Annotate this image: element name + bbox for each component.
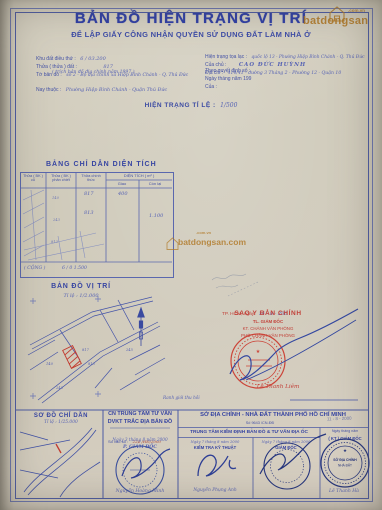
col-header-con-lai: Còn lại: [149, 182, 161, 186]
dept-ref: Số 9643 /CN-ĐĐ: [246, 421, 275, 425]
location-map-title: BẢN ĐỒ VỊ TRÍ: [51, 283, 111, 291]
kt-director-signer-name: Lê Thanh Hà: [329, 489, 359, 494]
certify-stamp-line3: KT. CHÁNH VĂN PHÒNG: [243, 327, 294, 332]
certify-signer-name: Lê Thanh Liêm: [257, 384, 300, 390]
location-map-scale: Tỉ lệ : 1/2.000: [63, 294, 98, 300]
cell-thua-2: 813: [84, 211, 94, 217]
cell-con-lai-2: 1.100: [149, 214, 163, 220]
col-header-dien-tich: DIỆN TÍCH ( m² ): [124, 174, 155, 178]
cell-note-3: 813: [51, 241, 58, 245]
survey-center-line1: CN TRUNG TÂM TƯ VẤN: [108, 412, 172, 418]
status-scale-line: HIỆN TRẠNG TỈ LỆ : 1/500: [145, 94, 238, 112]
cell-thua-1: 817: [84, 192, 94, 198]
certify-stamp-line4: PHÓ CHÁNH VĂN PHÒNG: [241, 334, 295, 339]
field-cua: Của :: [205, 85, 217, 91]
field-quyet-dinh: Theo quyết định số :: [205, 69, 250, 75]
index-sketch-title: SƠ ĐỒ CHỈ DẪN: [34, 413, 88, 420]
scanned-land-survey-document: BẢN ĐỒ HIỆN TRẠNG VỊ TRÍ ĐỂ LẬP GIẤY CÔN…: [0, 0, 382, 510]
page-title: BẢN ĐỒ HIỆN TRẠNG VỊ TRÍ: [75, 11, 307, 28]
scale-label: HIỆN TRẠNG TỈ LỆ :: [145, 102, 216, 109]
field-to-ban-do-line2: ( trích bản đồ địa chính năm 1997 ): [52, 70, 135, 75]
field-ngay-thang-nam: Ngày tháng năm 199: [205, 77, 251, 83]
kt-director-role: ( KT ) GIÁM ĐỐC: [328, 437, 361, 442]
parcel-number: 813: [88, 363, 95, 367]
field-value: Phường Hiệp Bình Chánh - Quận Thủ Đức: [66, 88, 167, 93]
col-header-giao: Giao: [118, 182, 126, 186]
certify-stamp-line2: TL. GIÁM ĐỐC: [253, 320, 283, 325]
cell-giao-1: 400: [118, 192, 128, 198]
field-label: Nay thuộc :: [36, 87, 61, 93]
watermark-suffix-mid: .com.vn: [196, 231, 211, 235]
watermark-brand-top: batdongsan: [303, 15, 368, 27]
col-header-phan-chiet: Thửa ( BK ) phân chiết: [47, 174, 75, 182]
watermark-suffix-top: .com.vn: [348, 9, 365, 14]
legend-label: Ranh giới thu hồi: [163, 396, 200, 401]
check-role: KIỂM TRA KỸ THUẬT: [194, 446, 236, 451]
survey-role: P. GIÁM ĐỐC: [123, 445, 157, 450]
survey-center-line2: DVKT TRẮC ĐỊA BẢN ĐỒ: [108, 420, 173, 426]
parcel-number: 243: [56, 387, 63, 391]
kt-director-date: Ngày tháng năm: [332, 430, 358, 434]
dept-center-title: TRUNG TÂM KIỂM ĐỊNH BẢN ĐỒ & TƯ VẤN ĐỊA …: [190, 430, 308, 435]
check-signer-name: Nguyễn Phụng Anh: [193, 489, 236, 494]
parcel-number: 140: [46, 363, 53, 367]
survey-signer-name: Nguyễn Hoàng Minh: [116, 489, 165, 494]
col-header-thua-cu: Thửa ( BK ) cũ: [21, 174, 45, 182]
page-subtitle: ĐỂ LẬP GIẤY CÔNG NHẬN QUYỀN SỬ DỤNG ĐẤT …: [71, 31, 311, 39]
index-sketch-scale: Tỉ lệ : 1/25.000: [44, 421, 78, 426]
total-value: 6 / 0 1.500: [62, 266, 87, 271]
received-date-stamp: 11 - 8 - 2000: [327, 417, 352, 423]
total-label: ( CỘNG ): [24, 266, 45, 271]
parcel-number: 245: [126, 349, 133, 353]
parcel-number: 817: [82, 349, 89, 353]
survey-date: Ngày 3 tháng 8 năm 2000: [112, 438, 167, 443]
director-role: GIÁM ĐỐC: [275, 446, 296, 451]
director-date: Ngày 7 tháng 8 năm 2000: [262, 440, 311, 444]
col-header-chinh-thuc: Thửa chính thức: [77, 174, 105, 182]
certify-stamp-line1: SAO Y BẢN CHÍNH: [234, 310, 301, 317]
watermark-brand-mid: batdongsan.com: [178, 238, 246, 247]
area-table-title: BẢNG CHỈ DẪN DIỆN TÍCH: [46, 161, 157, 169]
check-date: Ngày 7 tháng 8 năm 2000: [191, 440, 240, 444]
scale-value: 1/500: [220, 102, 237, 109]
dept-title: SỞ ĐỊA CHÍNH - NHÀ ĐẤT THÀNH PHỐ HỒ CHÍ …: [200, 412, 346, 418]
cell-note-1: 140: [52, 197, 59, 201]
area-table: [20, 172, 174, 278]
field-nay-thuoc: Nay thuộc : Phường Hiệp Bình Chánh - Quậ…: [36, 78, 167, 96]
cell-note-2: 243: [53, 219, 60, 223]
